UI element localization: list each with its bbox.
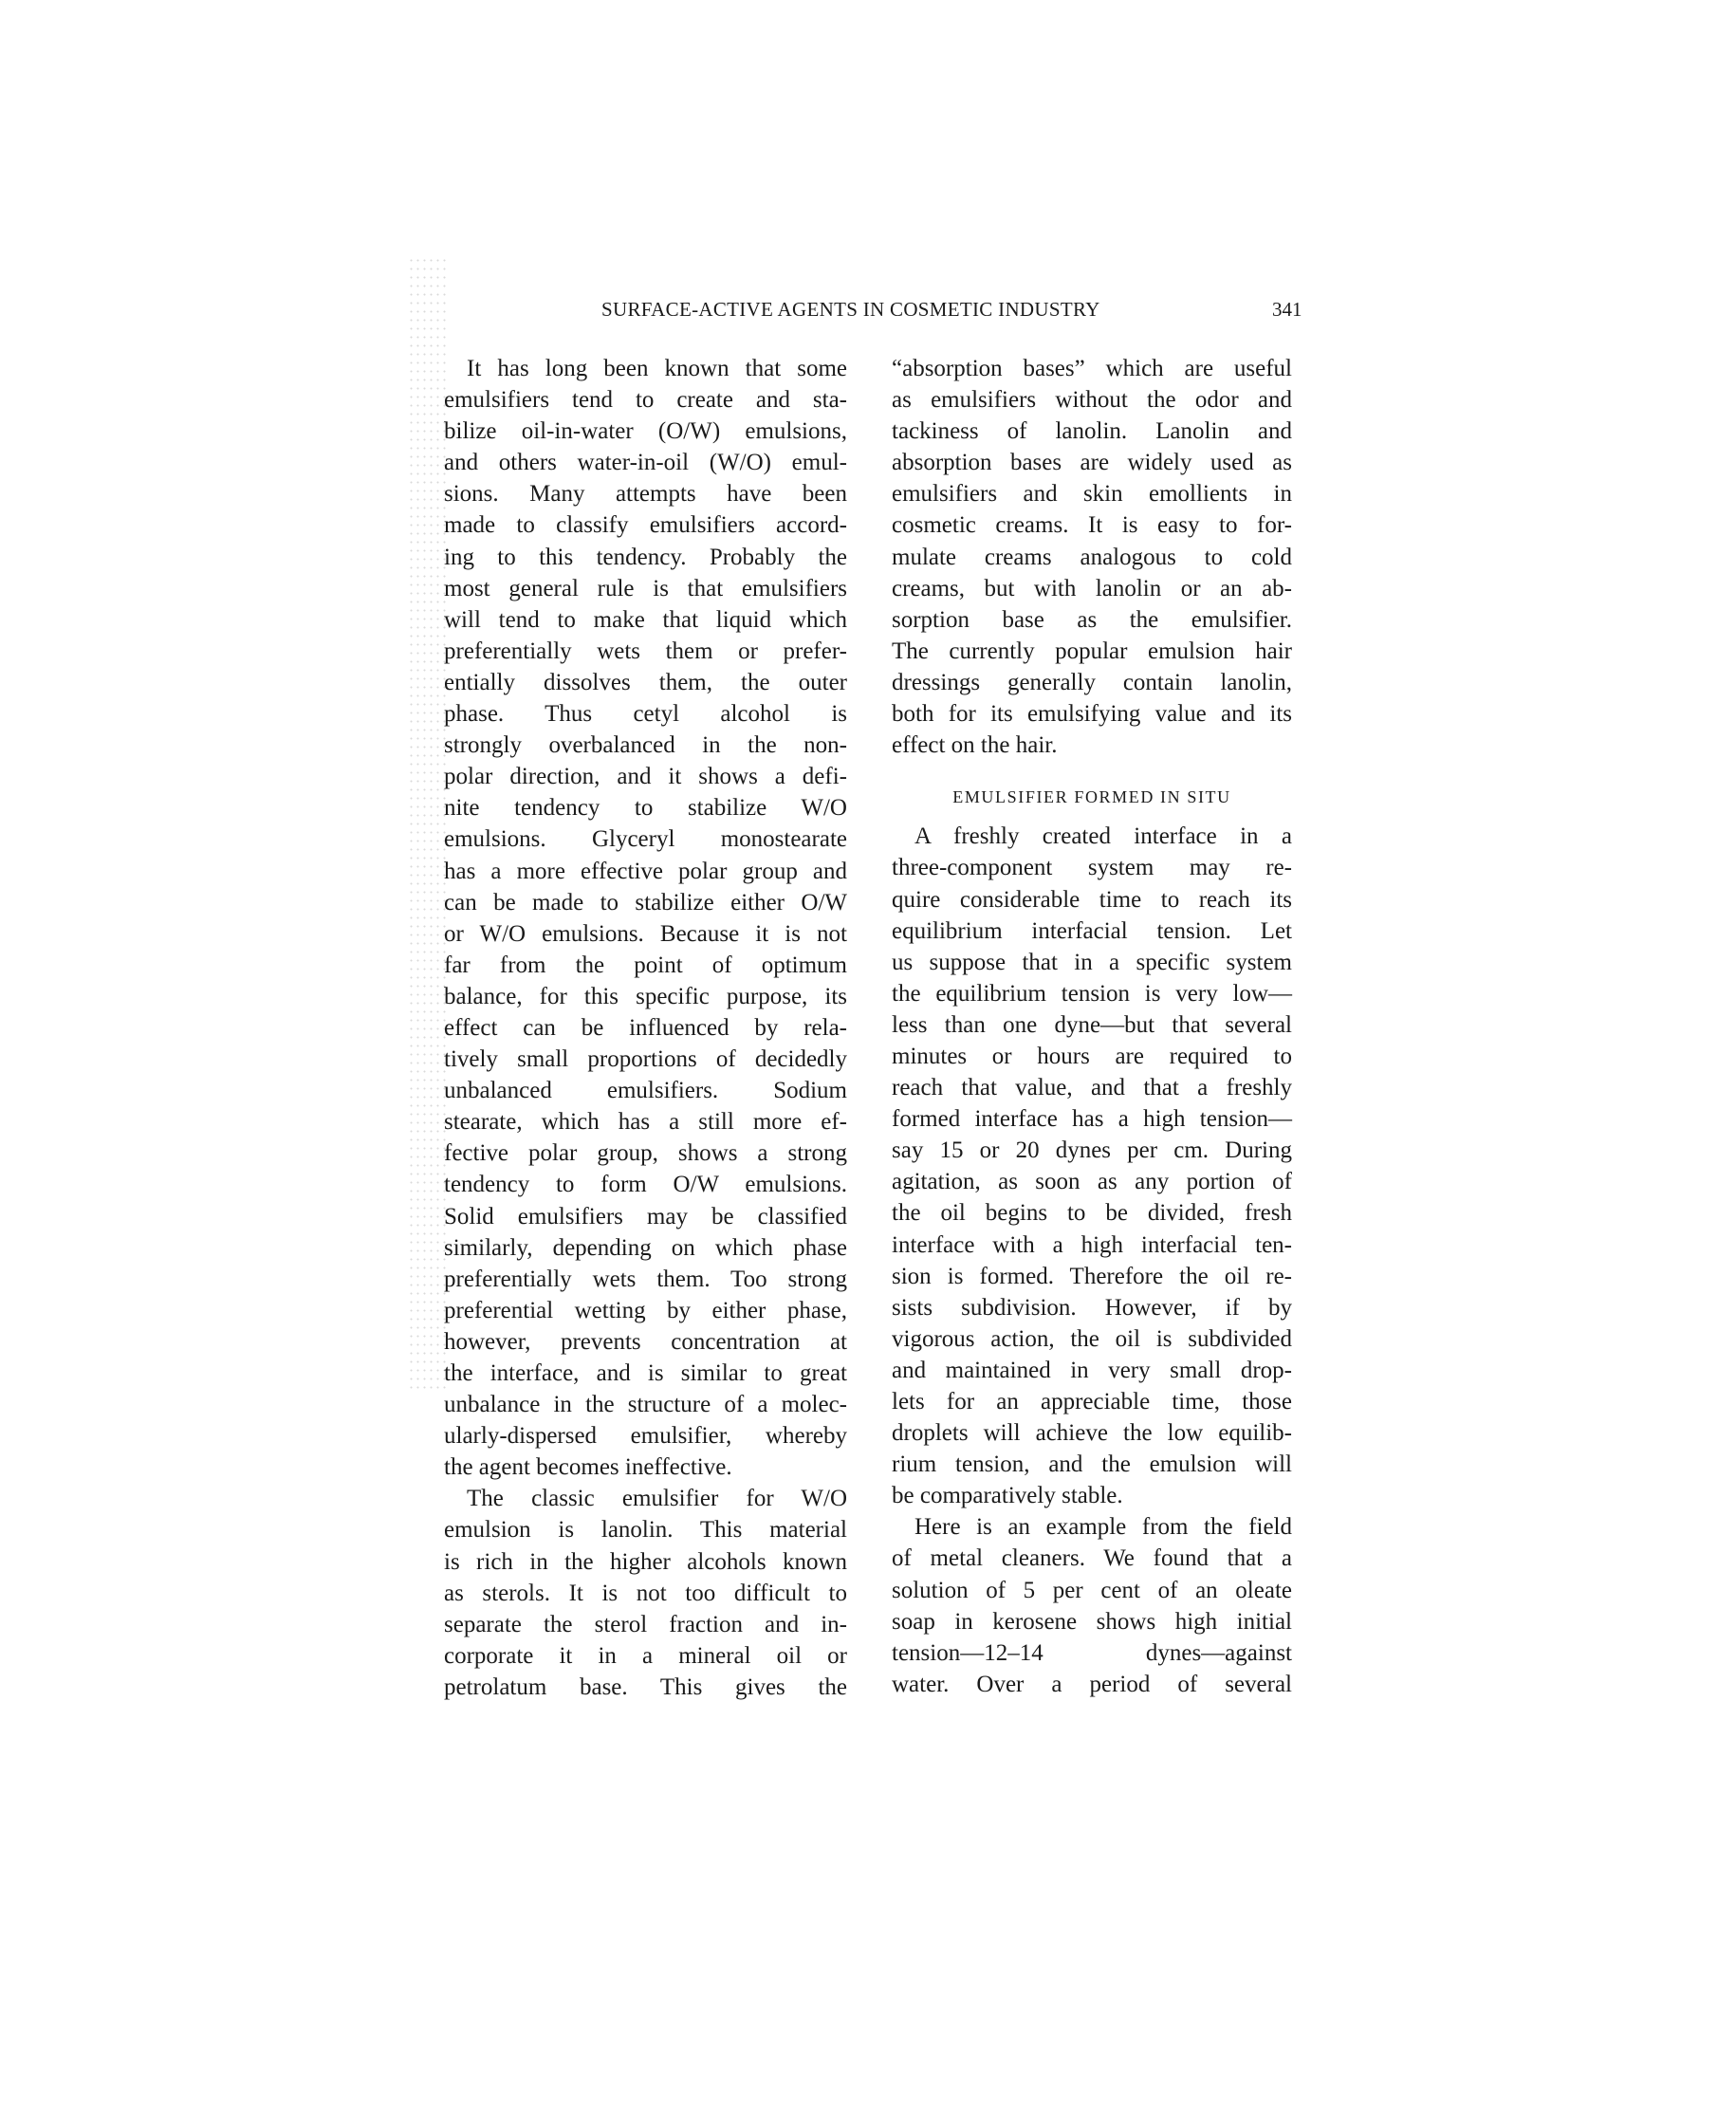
text-line: sorption base as the emulsifier.	[892, 604, 1292, 636]
text-line: droplets will achieve the low equilib-	[892, 1417, 1292, 1449]
text-line: “absorption bases” which are useful	[892, 353, 1292, 384]
text-line: balance, for this specific purpose, its	[444, 981, 847, 1012]
text-line: vigorous action, the oil is subdivided	[892, 1323, 1292, 1355]
text-line: of metal cleaners. We found that a	[892, 1543, 1292, 1574]
text-line: similarly, depending on which phase	[444, 1232, 847, 1264]
text-line: quire considerable time to reach its	[892, 884, 1292, 915]
text-line: can be made to stabilize either O/W	[444, 887, 847, 918]
text-line: sion is formed. Therefore the oil re-	[892, 1261, 1292, 1292]
text-line: soap in kerosene shows high initial	[892, 1606, 1292, 1637]
text-line: bilize oil-in-water (O/W) emulsions,	[444, 416, 847, 447]
text-line: tackiness of lanolin. Lanolin and	[892, 416, 1292, 447]
text-line: emulsifiers tend to create and sta-	[444, 384, 847, 416]
text-line: is rich in the higher alcohols known	[444, 1546, 847, 1578]
text-line: dressings generally contain lanolin,	[892, 667, 1292, 698]
text-line: the equilibrium tension is very low—	[892, 978, 1292, 1009]
running-head: SURFACE-ACTIVE AGENTS IN COSMETIC INDUST…	[601, 298, 1100, 322]
text-line: and others water-in-oil (W/O) emul-	[444, 447, 847, 478]
text-line: made to classify emulsifiers accord-	[444, 509, 847, 541]
text-line: phase. Thus cetyl alcohol is	[444, 698, 847, 730]
page-number: 341	[1272, 298, 1302, 322]
text-line: tension—12–14 dynes—against	[892, 1637, 1292, 1669]
text-line: formed interface has a high tension—	[892, 1103, 1292, 1135]
text-line: nite tendency to stabilize W/O	[444, 792, 847, 823]
text-line: Solid emulsifiers may be classified	[444, 1201, 847, 1232]
text-line: mulate creams analogous to cold	[892, 542, 1292, 573]
section-heading: EMULSIFIER FORMED IN SITU	[892, 782, 1292, 813]
text-line: sists subdivision. However, if by	[892, 1292, 1292, 1323]
text-line: polar direction, and it shows a defi-	[444, 761, 847, 792]
text-line: both for its emulsifying value and its	[892, 698, 1292, 730]
text-line: A freshly created interface in a	[892, 821, 1292, 852]
text-line: far from the point of optimum	[444, 950, 847, 981]
text-line: most general rule is that emulsifiers	[444, 573, 847, 604]
text-line: water. Over a period of several	[892, 1669, 1292, 1700]
text-line: and maintained in very small drop-	[892, 1355, 1292, 1386]
text-line: emulsion is lanolin. This material	[444, 1514, 847, 1545]
text-line: preferentially wets them. Too strong	[444, 1264, 847, 1295]
text-line: lets for an appreciable time, those	[892, 1386, 1292, 1417]
text-line: corporate it in a mineral oil or	[444, 1640, 847, 1672]
text-line: The currently popular emulsion hair	[892, 636, 1292, 667]
text-line: separate the sterol fraction and in-	[444, 1609, 847, 1640]
text-line: stearate, which has a still more ef-	[444, 1106, 847, 1137]
text-line: agitation, as soon as any portion of	[892, 1166, 1292, 1197]
text-line: or W/O emulsions. Because it is not	[444, 918, 847, 950]
text-line: has a more effective polar group and	[444, 856, 847, 887]
text-line: rium tension, and the emulsion will	[892, 1449, 1292, 1480]
text-line: tively small proportions of decidedly	[444, 1044, 847, 1075]
text-line: solution of 5 per cent of an oleate	[892, 1575, 1292, 1606]
text-line: unbalance in the structure of a molec-	[444, 1389, 847, 1420]
text-line: interface with a high interfacial ten-	[892, 1230, 1292, 1261]
text-line: equilibrium interfacial tension. Let	[892, 915, 1292, 947]
text-line: unbalanced emulsifiers. Sodium	[444, 1075, 847, 1106]
text-line: absorption bases are widely used as	[892, 447, 1292, 478]
right-column: “absorption bases” which are useful as e…	[892, 353, 1292, 1700]
text-line: Here is an example from the field	[892, 1511, 1292, 1543]
text-line: preferentially wets them or prefer-	[444, 636, 847, 667]
text-line: as sterols. It is not too difficult to	[444, 1578, 847, 1609]
text-line: as emulsifiers without the odor and	[892, 384, 1292, 416]
text-line: be comparatively stable.	[892, 1480, 1292, 1511]
text-line: sions. Many attempts have been	[444, 478, 847, 509]
text-line: preferential wetting by either phase,	[444, 1295, 847, 1326]
text-line: however, prevents concentration at	[444, 1326, 847, 1358]
text-line: will tend to make that liquid which	[444, 604, 847, 636]
text-line: say 15 or 20 dynes per cm. During	[892, 1135, 1292, 1166]
text-line: three-component system may re-	[892, 852, 1292, 883]
scan-speckle-artifact	[408, 256, 446, 1395]
text-line: less than one dyne—but that several	[892, 1009, 1292, 1041]
text-line: reach that value, and that a freshly	[892, 1072, 1292, 1103]
text-line: the oil begins to be divided, fresh	[892, 1197, 1292, 1229]
text-line: petrolatum base. This gives the	[444, 1672, 847, 1703]
left-column: It has long been known that some emulsif…	[444, 353, 847, 1703]
text-line: emulsions. Glyceryl monostearate	[444, 823, 847, 855]
text-line: ing to this tendency. Probably the	[444, 542, 847, 573]
text-line: emulsifiers and skin emollients in	[892, 478, 1292, 509]
text-line: effect on the hair.	[892, 730, 1292, 761]
text-line: The classic emulsifier for W/O	[444, 1483, 847, 1514]
text-line: entially dissolves them, the outer	[444, 667, 847, 698]
text-line: the interface, and is similar to great	[444, 1358, 847, 1389]
text-line: effect can be influenced by rela-	[444, 1012, 847, 1044]
text-line: us suppose that in a specific system	[892, 947, 1292, 978]
text-line: tendency to form O/W emulsions.	[444, 1169, 847, 1200]
text-line: ularly-dispersed emulsifier, whereby	[444, 1420, 847, 1452]
text-line: strongly overbalanced in the non-	[444, 730, 847, 761]
text-line: fective polar group, shows a strong	[444, 1137, 847, 1169]
text-line: It has long been known that some	[444, 353, 847, 384]
text-line: cosmetic creams. It is easy to for-	[892, 509, 1292, 541]
text-line: minutes or hours are required to	[892, 1041, 1292, 1072]
text-line: creams, but with lanolin or an ab-	[892, 573, 1292, 604]
text-line: the agent becomes ineffective.	[444, 1452, 847, 1483]
